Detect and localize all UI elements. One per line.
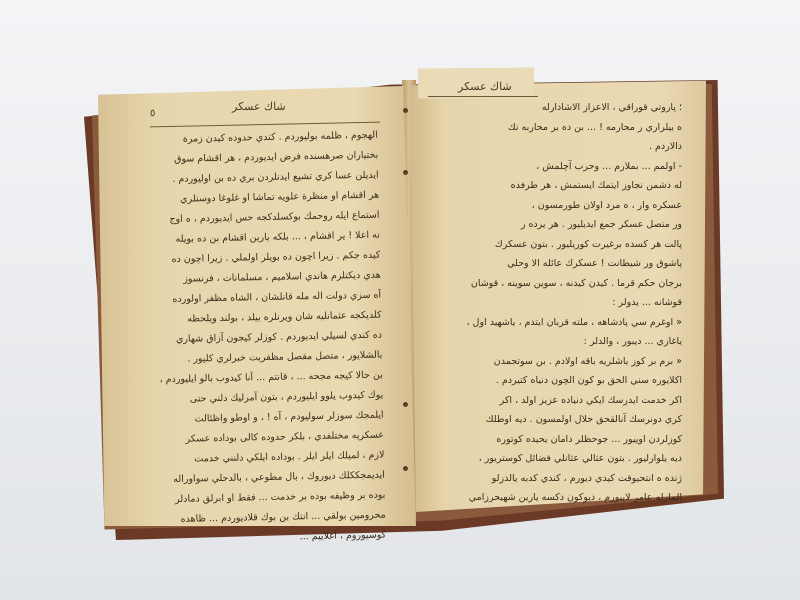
binding-thread [403, 402, 408, 407]
binding-thread [403, 170, 408, 175]
text-line: له دشمن نجاوز ايتمك ايستمش ، هر طرفده [432, 176, 682, 196]
text-line: المارله عامر لاپيورم ، ديوكون دكسه يارين… [432, 488, 682, 508]
text-line: ژنده ه انتحيوقت كيدي ديورم ، كندي كدبه ي… [432, 469, 682, 489]
left-page-header: شاك عسكر [232, 100, 286, 113]
text-line: پاشوق ور شيطانت ! عسكرك عائله الا وحلي [432, 254, 682, 274]
binding-thread [403, 466, 408, 471]
text-line: ور متصل عسكر جمع ايديليور . هر يرده ر [432, 215, 682, 235]
text-line: اكر خدمت ايدرسك ايكي دنياده عزيز اولد ، … [432, 391, 682, 411]
binding-thread [403, 108, 408, 113]
right-page-header: شاك عسكر [458, 80, 512, 93]
right-page-text: ؛ پاروتي قوراقي ، الاعزاز الاشادارلهه بي… [432, 98, 682, 508]
text-line: - اولمم ... بملارم ... وحرب آچلمش ، [432, 157, 682, 177]
text-line: قوشانه ... يدولر : [432, 293, 682, 313]
text-line: كري دونرسك آنالقحق حلال اولمسون . ديه او… [432, 410, 682, 430]
text-line: ؛ پاروتي قوراقي ، الاعزاز الاشادارله [432, 98, 682, 118]
text-line: ديه يلوارليور . بتون عثالي عثانلي فضائل … [432, 449, 682, 469]
text-line: اكلايوره سني الحق بو كون الچون دنياه كتي… [432, 371, 682, 391]
page-number: ٥ [150, 108, 155, 119]
text-line: ه بيلراري ر محارمه ! ... بن ده بر محاربه… [432, 118, 682, 138]
text-line: پالت هر كسده برغيرت كوريليور . بتون عسكر… [432, 235, 682, 255]
text-line: دالاردم . [432, 137, 682, 157]
text-line: عسكره وار ، ه مرد اولان طورمسون ، [432, 196, 682, 216]
text-line: « اوغرم سي پادشاهه ، ملته قربان ايتدم ، … [432, 313, 682, 333]
text-line: كوزلردن اوپيور ... جوحظلر دامان يحيده كو… [432, 430, 682, 450]
text-line: « برم بر كوز ياشلريه باقه اولادم . بن سو… [432, 352, 682, 372]
text-line: ياغازي ... ديبور ، والدلر : [432, 332, 682, 352]
left-page-text: الهجوم ، ظلمه بوليوردم . كندي حدوده كيدن… [146, 126, 387, 551]
right-header-rule [428, 96, 538, 97]
text-line: برجان حكم قرما . كيدن كيدنه ، سوين سوينه… [432, 274, 682, 294]
